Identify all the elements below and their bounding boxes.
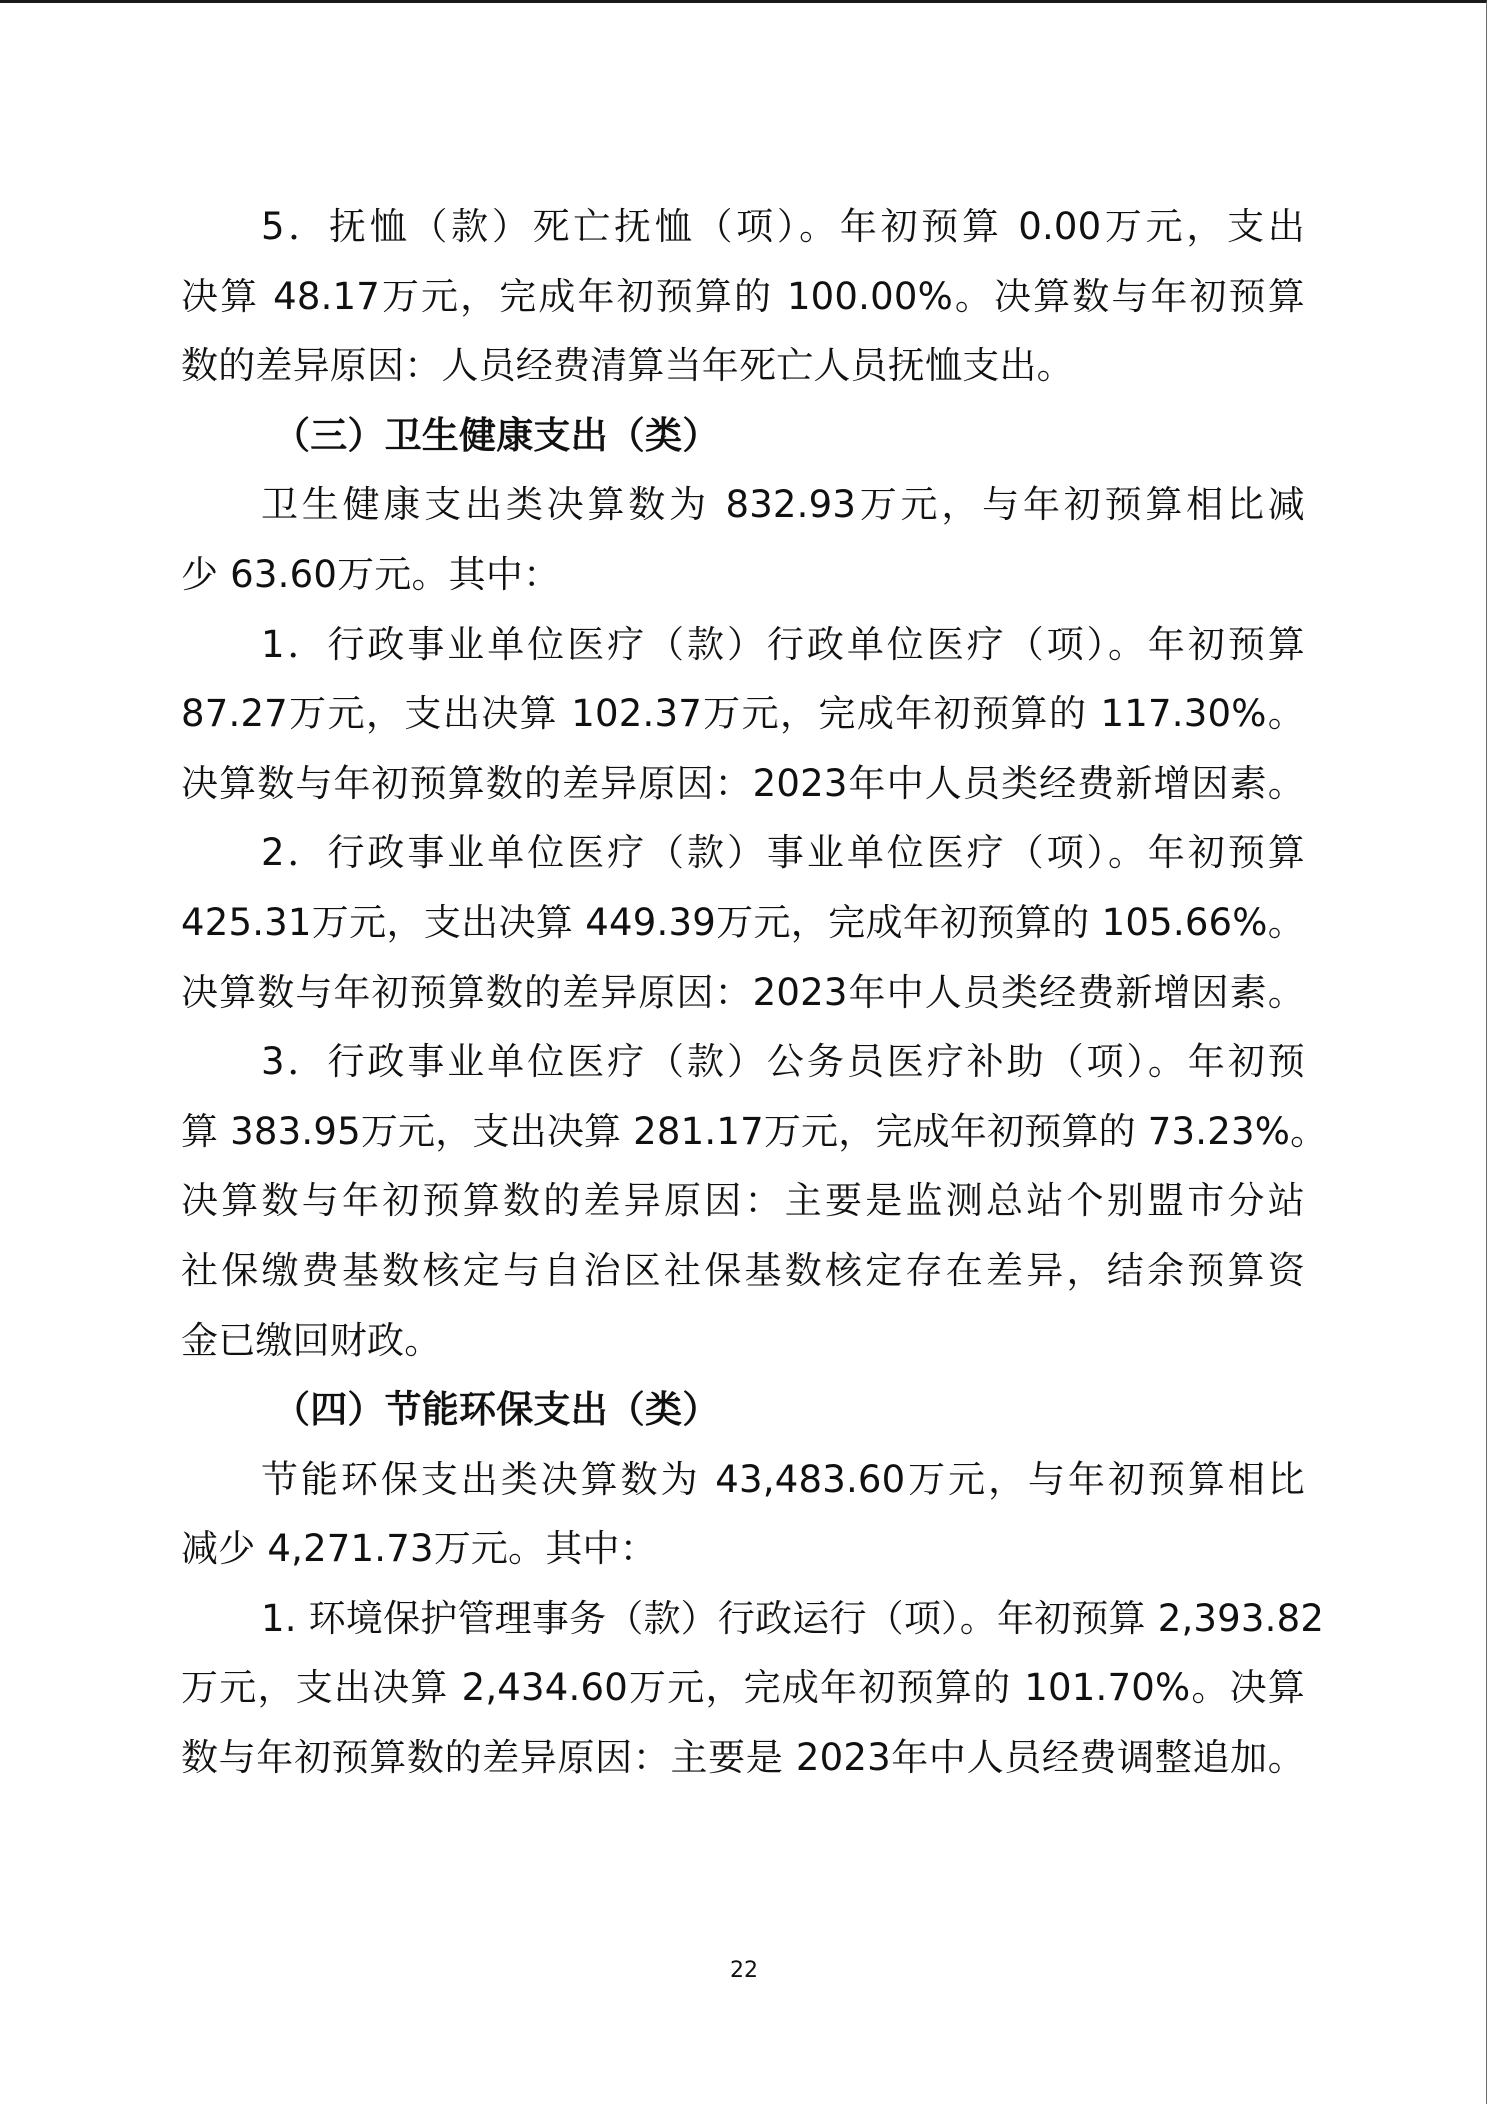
paragraph-health-item-2: 2．行政事业单位医疗（款）事业单位医疗（项）。年初预算 425.31万元，支出决… xyxy=(181,818,1311,1027)
text-line: 算 383.95万元，支出决算 281.17万元，完成年初预算的 73.23%。 xyxy=(181,1097,1305,1167)
text-line: 5．抚恤（款）死亡抚恤（项）。年初预算 0.00万元，支出 xyxy=(181,192,1305,262)
text-line: 社保缴费基数核定与自治区社保基数核定存在差异，结余预算资 xyxy=(181,1236,1305,1306)
text-line: 减少 4,271.73万元。其中： xyxy=(181,1514,1311,1584)
text-line: 决算数与年初预算数的差异原因：2023年中人员类经费新增因素。 xyxy=(181,958,1305,1028)
paragraph-health-item-1: 1．行政事业单位医疗（款）行政单位医疗（项）。年初预算 87.27万元，支出决算… xyxy=(181,610,1311,819)
paragraph-environment-summary: 节能环保支出类决算数为 43,483.60万元，与年初预算相比 减少 4,271… xyxy=(181,1445,1311,1584)
text-line: 决算 48.17万元，完成年初预算的 100.00%。决算数与年初预算 xyxy=(181,262,1305,332)
section-heading: （三）卫生健康支出（类） xyxy=(181,401,1311,471)
text-line: 卫生健康支出类决算数为 832.93万元，与年初预算相比减 xyxy=(181,470,1305,540)
page-number: 22 xyxy=(0,1958,1488,1983)
text-line: 1．行政事业单位医疗（款）行政单位医疗（项）。年初预算 xyxy=(181,610,1305,680)
document-body: 5．抚恤（款）死亡抚恤（项）。年初预算 0.00万元，支出 决算 48.17万元… xyxy=(181,192,1311,1793)
text-line: 1. 环境保护管理事务（款）行政运行（项）。年初预算 2,393.82 xyxy=(181,1584,1305,1654)
text-line: 少 63.60万元。其中： xyxy=(181,540,1311,610)
text-line: 数的差异原因：人员经费清算当年死亡人员抚恤支出。 xyxy=(181,331,1311,401)
text-line: 2．行政事业单位医疗（款）事业单位医疗（项）。年初预算 xyxy=(181,818,1305,888)
text-line: 金已缴回财政。 xyxy=(181,1306,1311,1376)
text-line: 数与年初预算数的差异原因：主要是 2023年中人员经费调整追加。 xyxy=(181,1723,1305,1793)
section-heading: （四）节能环保支出（类） xyxy=(181,1375,1311,1445)
text-line: 万元，支出决算 2,434.60万元，完成年初预算的 101.70%。决算 xyxy=(181,1653,1305,1723)
text-line: 决算数与年初预算数的差异原因：2023年中人员类经费新增因素。 xyxy=(181,749,1305,819)
paragraph-health-summary: 卫生健康支出类决算数为 832.93万元，与年初预算相比减 少 63.60万元。… xyxy=(181,470,1311,609)
paragraph-health-item-3: 3．行政事业单位医疗（款）公务员医疗补助（项）。年初预 算 383.95万元，支… xyxy=(181,1027,1311,1375)
paragraph-pension-death: 5．抚恤（款）死亡抚恤（项）。年初预算 0.00万元，支出 决算 48.17万元… xyxy=(181,192,1311,401)
section-heading-environment: （四）节能环保支出（类） xyxy=(181,1375,1311,1445)
paragraph-environment-item-1: 1. 环境保护管理事务（款）行政运行（项）。年初预算 2,393.82 万元，支… xyxy=(181,1584,1311,1793)
section-heading-health: （三）卫生健康支出（类） xyxy=(181,401,1311,471)
text-line: 425.31万元，支出决算 449.39万元，完成年初预算的 105.66%。 xyxy=(181,888,1305,958)
text-line: 决算数与年初预算数的差异原因：主要是监测总站个别盟市分站 xyxy=(181,1166,1305,1236)
text-line: 87.27万元，支出决算 102.37万元，完成年初预算的 117.30%。 xyxy=(181,679,1305,749)
text-line: 节能环保支出类决算数为 43,483.60万元，与年初预算相比 xyxy=(181,1445,1305,1515)
text-line: 3．行政事业单位医疗（款）公务员医疗补助（项）。年初预 xyxy=(181,1027,1305,1097)
